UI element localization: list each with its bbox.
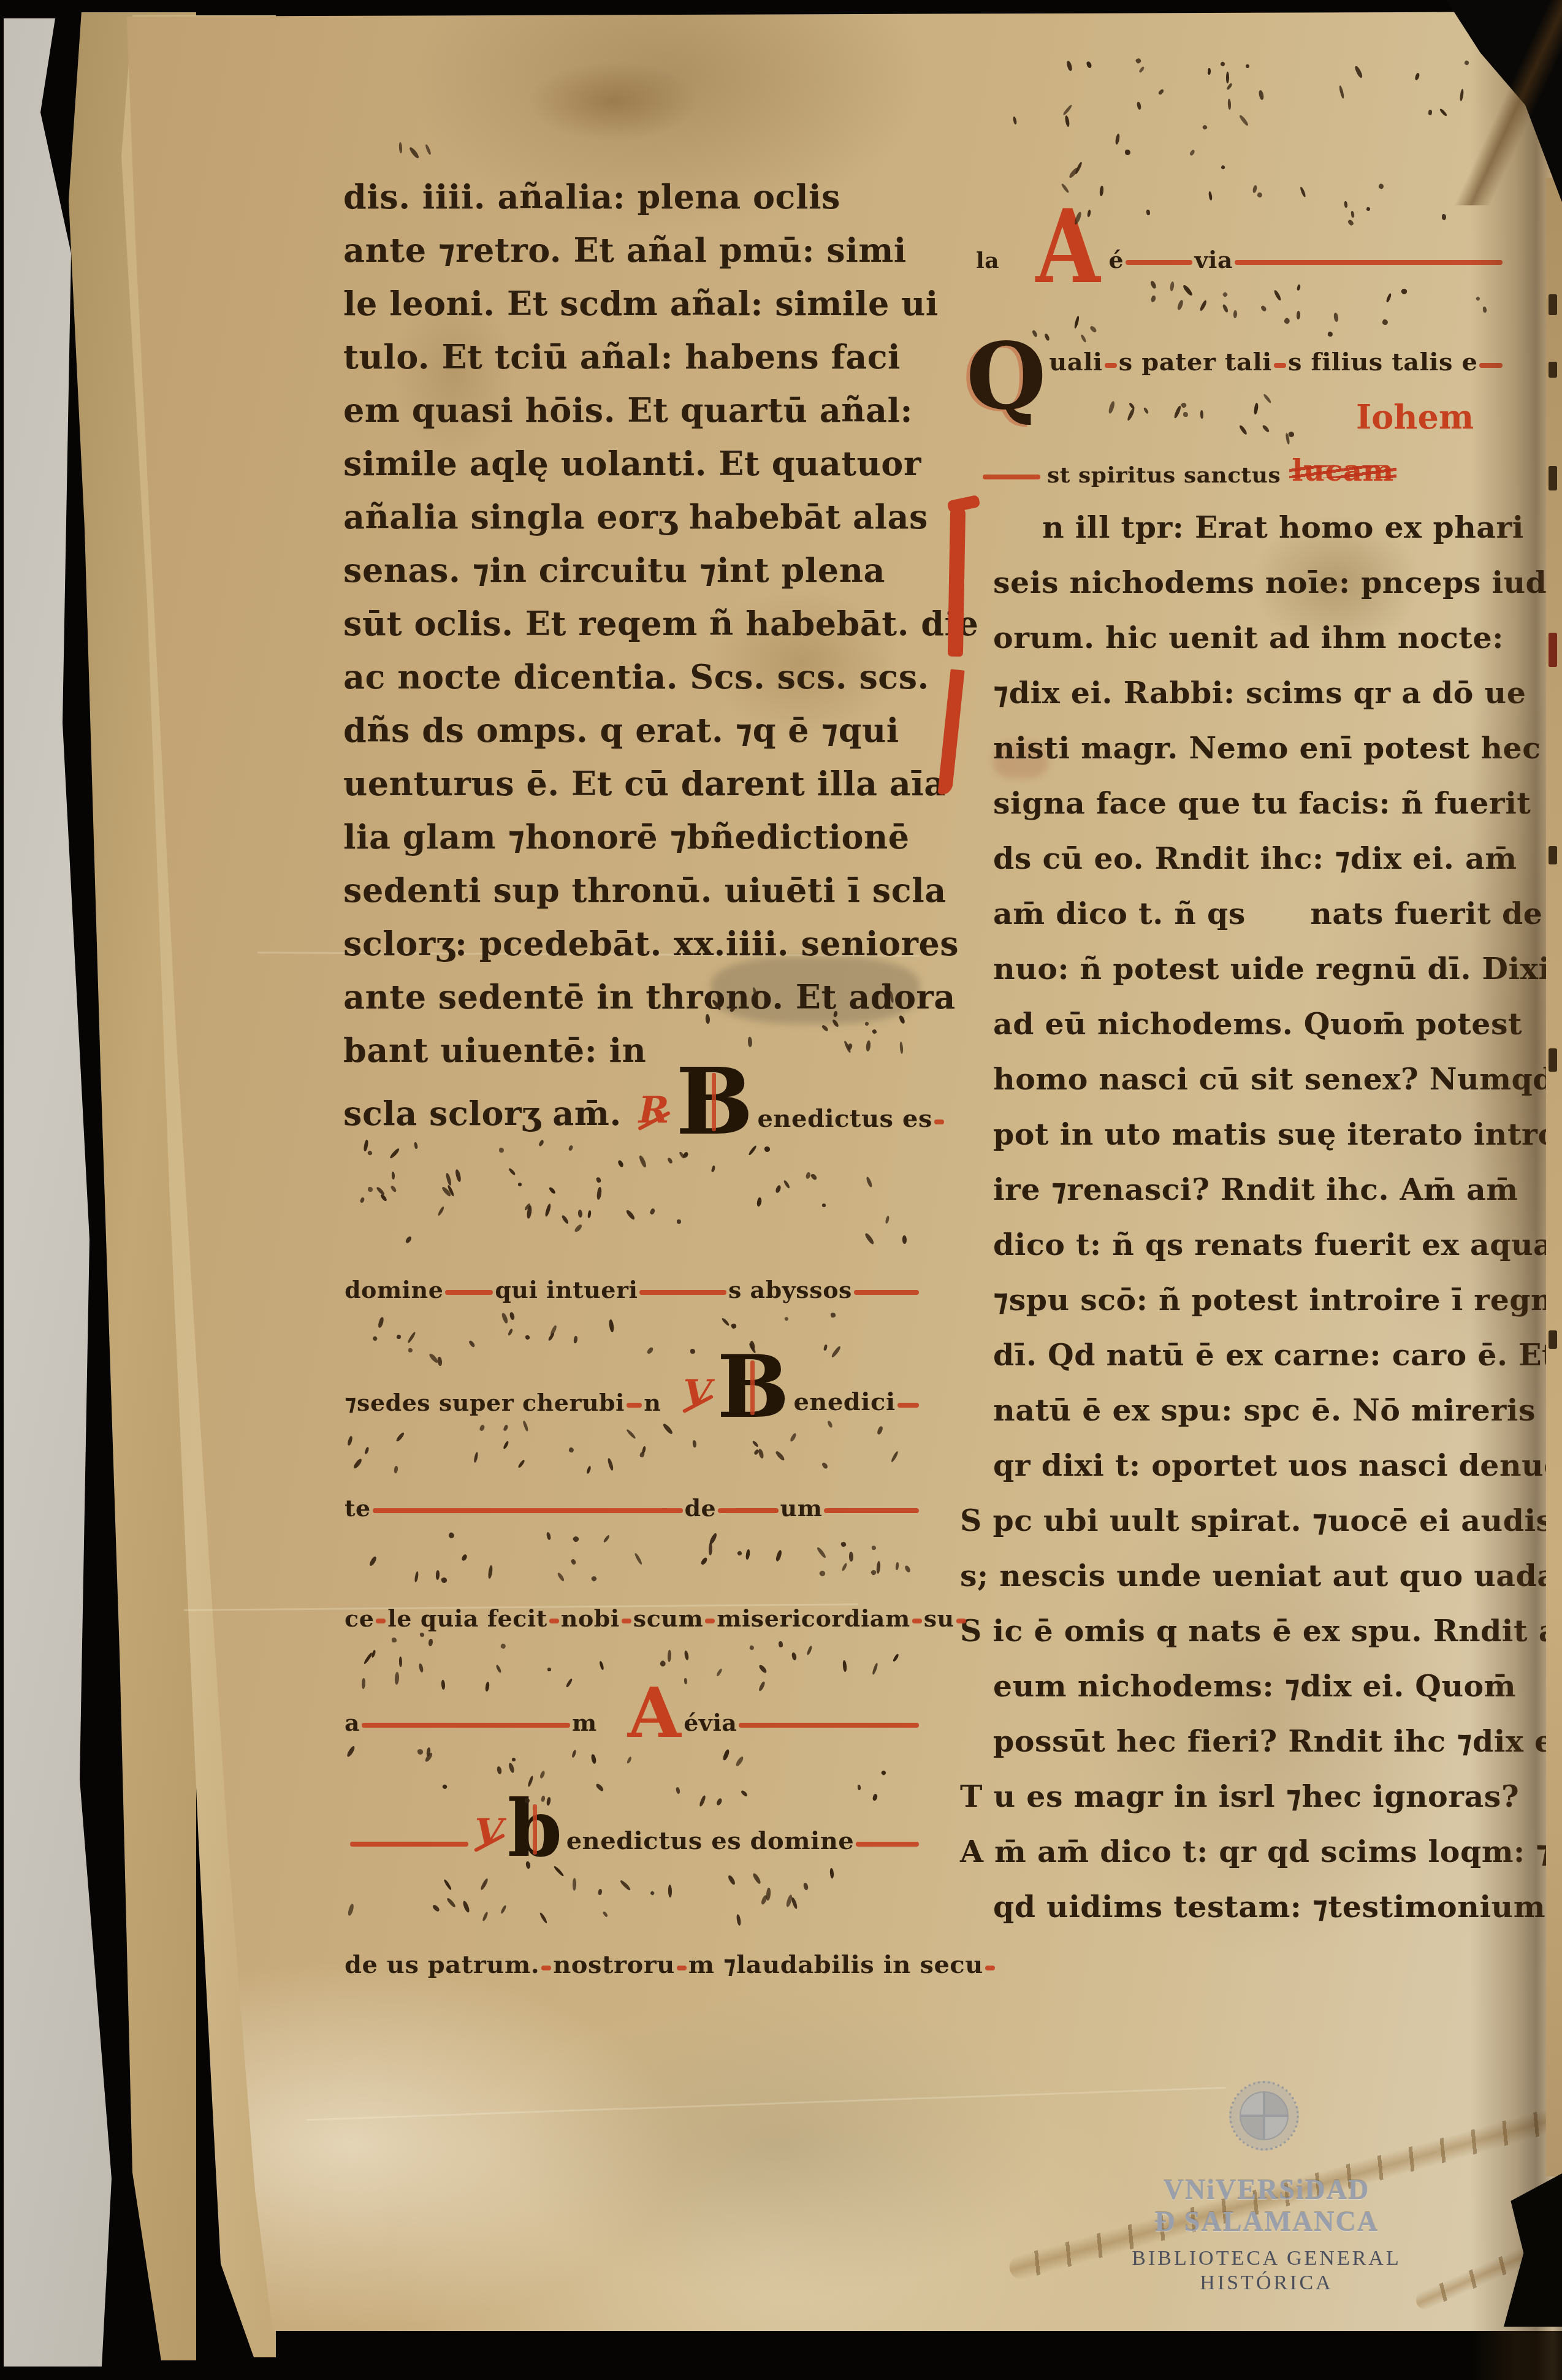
text-line: ante sedentē in throno. Et adora (343, 971, 926, 1024)
text-line: eum nichodems: ⁊dix ei. Quom̄ (993, 1658, 1511, 1714)
lyric-word: le quia fecit (387, 1604, 547, 1632)
text-line: signa face que tu facis: ñ fuerit (993, 776, 1511, 831)
text-line: orum. hic uenit ad ihm nocte: (993, 610, 1511, 665)
red-extender-line (985, 1966, 995, 1970)
responsory-sign: R (639, 1089, 669, 1132)
text-line: possūt hec fieri? Rndit ihc ⁊dix ei. (993, 1714, 1511, 1769)
text-line: em quasi hōis. Et quartū añal: (343, 384, 926, 437)
sign-strike (638, 1110, 671, 1131)
music-lyric-line: ⁊sedes super cherubinVBenedici (345, 1349, 921, 1417)
text-line: ⁊dix ei. Rabbi: scims qr a dō ue (993, 665, 1511, 720)
sign-strike (474, 1833, 505, 1852)
sign-strike (682, 1394, 714, 1413)
text-line: dico t: ñ qs renats fuerit ex aqua (993, 1217, 1511, 1272)
lyric-word: enedictus es (757, 1104, 932, 1133)
music-lyric-line: cele quia fecitnobiscummisericordiamsu (345, 1582, 921, 1633)
versicle-sign: V (475, 1811, 504, 1854)
lyric-word: scum (633, 1604, 703, 1632)
rubric-struck-word: lucam (1292, 454, 1394, 488)
red-extender-line (622, 1619, 631, 1623)
lyric-word: m ⁊laudabilis in secu (688, 1950, 983, 1979)
text-line: S ic ē omis q nats ē ex spu. Rndit ad (960, 1603, 1511, 1658)
text-line: s; nescis unde ueniat aut quo uadat. (960, 1548, 1511, 1603)
red-extender-line (549, 1619, 559, 1623)
text-line: ds cū eo. Rndit ihc: ⁊dix ei. am̄ (993, 831, 1511, 886)
lyric-word: qui intueri (495, 1276, 638, 1303)
seal-inner-quarters (1240, 2091, 1289, 2140)
music-lyric-line: amAévia (345, 1665, 921, 1737)
music-lyric-line: dominequi intueris abyssos (345, 1252, 921, 1305)
text-line: añalia singla eorʒ habebāt alas (343, 490, 926, 544)
text-line: natū ē ex spu: spc ē. Nō mireris (993, 1383, 1511, 1438)
red-extender-line (376, 1619, 386, 1623)
music-lyric-line: de us patrum.nostrorum ⁊laudabilis in se… (345, 1931, 921, 1980)
lyric-word: de (685, 1494, 717, 1522)
red-extender-line (739, 1723, 919, 1728)
text-line: sclorʒ: pcedebāt. xx.iiii. seniores (343, 917, 926, 971)
illuminated-initial-Q: Q (966, 343, 1046, 410)
text-line: simile aqlę uolanti. Et quatuor (343, 437, 926, 490)
text-line: tulo. Et tciū añal: habens faci (343, 330, 926, 384)
lyric-word: m (572, 1709, 597, 1736)
lyric-word: évia (684, 1709, 737, 1736)
lyric-word: s pater tali (1119, 348, 1272, 376)
text-line: le leoni. Et scdm añal: simile ui (343, 277, 926, 330)
red-extender-line (912, 1619, 922, 1623)
lyric-word: su (924, 1604, 954, 1632)
lyric-word: a (345, 1709, 360, 1736)
initial-red-stripe (750, 1360, 755, 1416)
lyric-word: s filius talis e (1288, 348, 1477, 376)
illuminated-initial-A: A (1036, 210, 1100, 283)
red-extender-line (677, 1966, 687, 1970)
lyric-word: um (780, 1494, 823, 1522)
red-extender-line (445, 1290, 493, 1295)
initial-I-stem (948, 506, 966, 657)
red-extender-line (1479, 363, 1503, 368)
lyric-word: nobi (561, 1604, 620, 1632)
music-lyric-line: tedeum (345, 1471, 921, 1523)
initial-red-stripe (533, 1804, 537, 1855)
lyric-word: enedictus es domine (566, 1826, 855, 1855)
red-extender-line (1235, 260, 1503, 265)
text-line: nisti magr. Nemo enī potest hec (993, 720, 1511, 776)
next-page-text-glimpse (1549, 1330, 1557, 1349)
text-line: homo nasci cū sit senex? Numqd (993, 1051, 1511, 1107)
lyric-word: s abyssos (728, 1276, 852, 1303)
text-line: dī. Qd natū ē ex carne: caro ē. Et qd (993, 1327, 1511, 1383)
next-page-text-glimpse (1549, 294, 1557, 315)
library-watermark: VNiVERSiDAD Ð SALAMANCA BIBLIOTECA GENER… (1128, 2078, 1405, 2295)
next-page-text-glimpse (1549, 362, 1557, 378)
red-extender-line (1126, 260, 1192, 265)
text-line: sūt oclis. Et reqem ñ habebāt. die (343, 597, 926, 650)
illuminated-initial-B: B (717, 1354, 790, 1421)
illuminated-initial-b: b (508, 1799, 563, 1860)
text-line: pot in uto matis suę iterato intro (993, 1107, 1511, 1162)
rubric-strikethrough (1289, 465, 1396, 478)
watermark-institution-line1: VNiVERSiDAD (1128, 2174, 1405, 2206)
lyric-word: la (976, 248, 999, 273)
red-extender-line (541, 1966, 551, 1970)
lyric-word: de us patrum. (345, 1950, 539, 1979)
lyric-word: ce (345, 1604, 374, 1632)
lyric-word: domine (345, 1276, 443, 1303)
red-extender-line (718, 1508, 778, 1513)
lyric-word: ⁊sedes super cherubi (345, 1389, 625, 1416)
next-page-text-glimpse (1549, 846, 1557, 864)
next-page-text-glimpse (1549, 1048, 1557, 1072)
music-lyric-line: Qualis pater talis filius talis e (966, 305, 1504, 378)
text-line: ire ⁊renasci? Rndit ihc. Am̄ am̄ (993, 1162, 1511, 1217)
rubric-iohem: Iohem (1356, 397, 1474, 437)
red-extender-line (856, 1842, 919, 1847)
text-line: dis. iiii. añalia: plena oclis (343, 170, 926, 224)
red-extender-line (956, 1619, 966, 1623)
red-extender-line (705, 1619, 715, 1623)
text-line: dñs ds omps. q erat. ⁊q ē ⁊qui (343, 704, 926, 757)
lyric-word: scla sclorʒ am̄. (343, 1094, 622, 1133)
red-extender-line (639, 1290, 726, 1295)
red-extender-line (897, 1403, 919, 1408)
lyric-word: nostroru (553, 1950, 675, 1979)
lyric-word: misericordiam (717, 1604, 910, 1632)
next-page-fore-edge (1546, 178, 1562, 2176)
red-extender-line (627, 1403, 642, 1408)
lyric-word: uali (1049, 348, 1102, 376)
music-lyric-line: laAévia (976, 202, 1504, 275)
lyric-word: n (644, 1389, 661, 1416)
initial-red-stripe (712, 1073, 716, 1132)
versicle-sign: V (683, 1372, 712, 1415)
illuminated-initial-A: A (628, 1686, 681, 1741)
text-line: ante ⁊retro. Et añal pmū: simi (343, 224, 926, 277)
watermark-library-name: BIBLIOTECA GENERAL HISTÓRICA (1128, 2246, 1405, 2295)
lyric-word: via (1194, 246, 1233, 273)
lyric-word: te (345, 1494, 371, 1522)
red-extender-line (373, 1508, 683, 1513)
music-lyric-line: scla sclorʒ am̄.RBenedictus es (343, 1059, 923, 1134)
red-extender-line (824, 1508, 919, 1513)
text-line: seis nichodems noīe: pnceps iude (993, 555, 1511, 610)
text-line: uenturus ē. Et cū darent illa aīa (343, 757, 926, 810)
lyric-word: enedici (793, 1387, 895, 1416)
text-line: senas. ⁊in circuitu ⁊int plena (343, 544, 926, 597)
manuscript-photo: dis. iiii. añalia: plena oclisante ⁊retr… (0, 0, 1562, 2380)
right-text-column: n ill tpr: Erat homo ex phariseis nichod… (993, 500, 1511, 1934)
red-extender-line (1105, 363, 1117, 368)
text-line: nuo: ñ potest uide regnū dī. Dixit (993, 941, 1511, 996)
left-text-column: dis. iiii. añalia: plena oclisante ⁊retr… (343, 170, 926, 1077)
text-line: qd uidims testam: ⁊testimonium (993, 1879, 1511, 1934)
watermark-institution-line2: Ð SALAMANCA (1128, 2206, 1405, 2238)
red-extender-line (854, 1290, 919, 1295)
red-extender-line (983, 475, 1040, 479)
text-line: T u es magr in isrl ⁊hec ignoras? (960, 1769, 1511, 1824)
lyric-word: st spiritus sanctus (1047, 462, 1281, 488)
text-line: n ill tpr: Erat homo ex phari (993, 500, 1511, 555)
next-page-text-glimpse (1549, 466, 1557, 490)
text-line: ac nocte dicentia. Scs. scs. scs. (343, 650, 926, 704)
next-page-initial-glimpse (1549, 633, 1557, 667)
music-lyric-line: Vbenedictus es domine (345, 1778, 921, 1856)
text-line: am̄ dico t. ñ qs nats fuerit de (993, 886, 1511, 941)
red-extender-line (934, 1119, 944, 1124)
red-extender-line (1274, 363, 1286, 368)
lyric-word: é (1109, 246, 1124, 273)
text-line: ⁊spu scō: ñ potest introire ī regnū (993, 1272, 1511, 1327)
text-line: S pc ubi uult spirat. ⁊uocē ei audis: (960, 1493, 1511, 1548)
red-extender-line (362, 1723, 570, 1728)
text-line: ad eū nichodems. Quom̄ potest (993, 996, 1511, 1051)
text-line: qr dixi t: oportet uos nasci denuo. (993, 1438, 1511, 1493)
text-line: A m̄ am̄ dico t: qr qd scims loqm: ⁊ (960, 1824, 1511, 1879)
university-seal-icon (1229, 2078, 1304, 2157)
illuminated-initial-B: B (676, 1066, 753, 1138)
text-line: lia glam ⁊honorē ⁊bñedictionē (343, 810, 926, 864)
music-lyric-line: st spiritus sanctuslucam (981, 454, 1452, 489)
text-line: sedenti sup thronū. uiuēti ī scla (343, 864, 926, 917)
red-extender-line (350, 1842, 468, 1847)
